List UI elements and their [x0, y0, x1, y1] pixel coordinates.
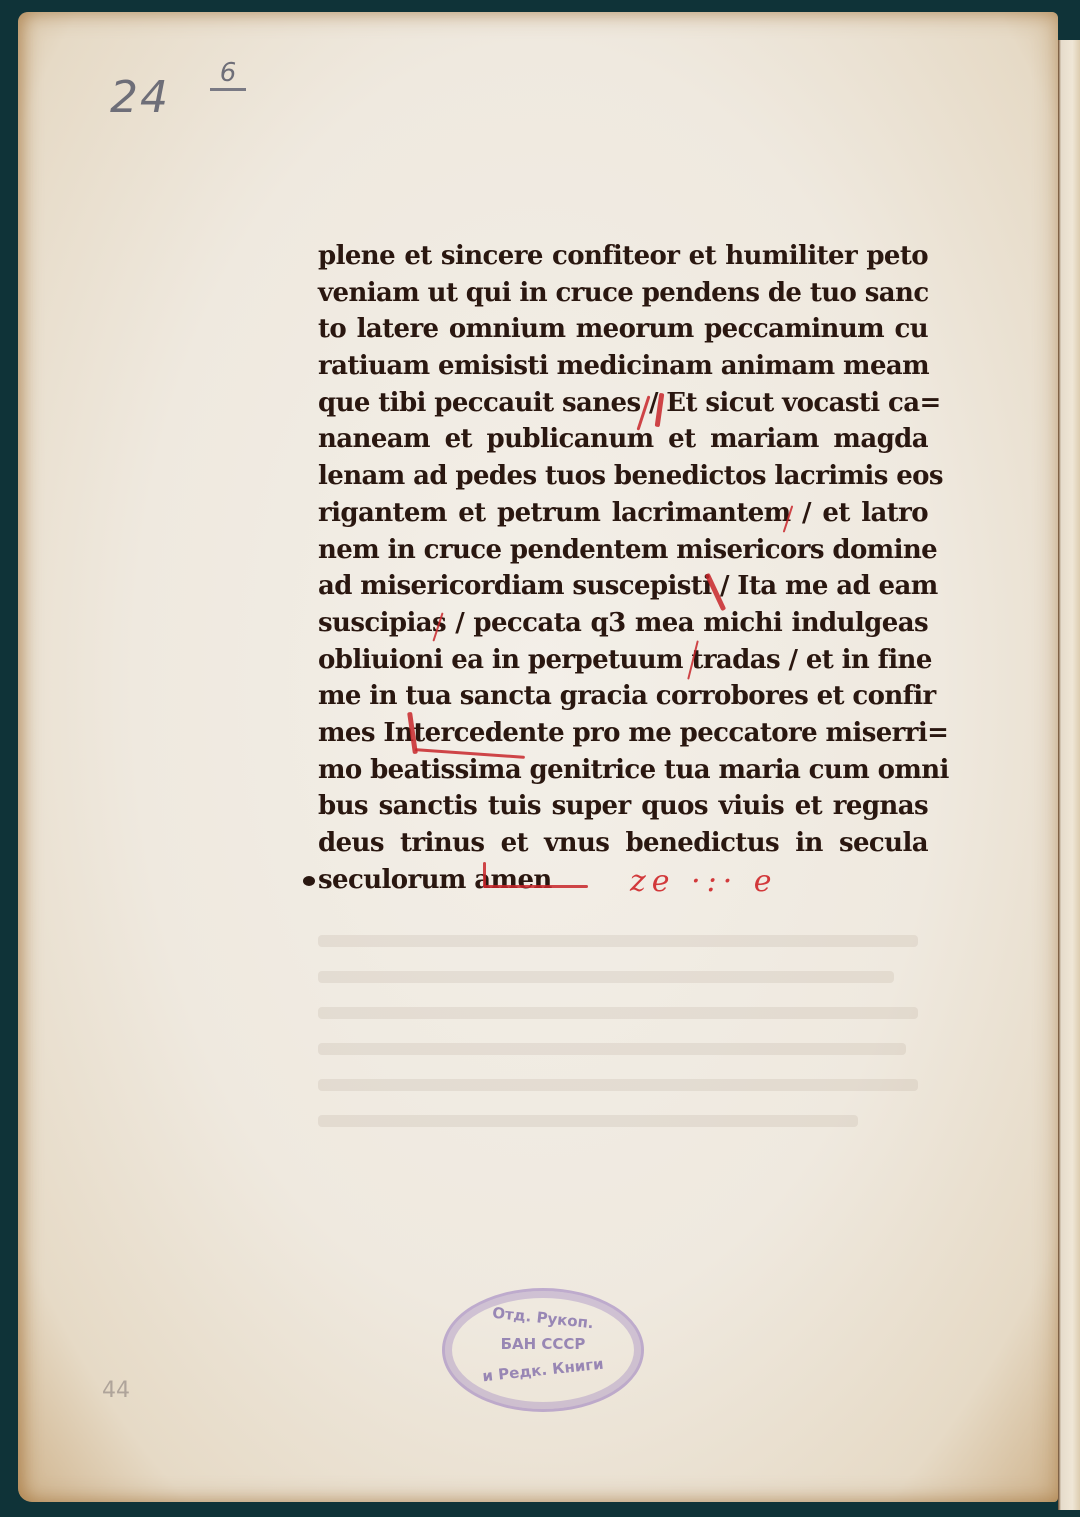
- text-line: ad misericordiam suscepisti / Ita me ad …: [318, 568, 928, 605]
- text-line: to latere omnium meorum peccaminum cu: [318, 311, 928, 348]
- text-line: seculorum amen: [318, 862, 928, 899]
- text-line: lenam ad pedes tuos benedictos lacrimis …: [318, 458, 928, 495]
- folio-suffix: 6: [210, 58, 246, 91]
- rubric-stroke-amen: [483, 862, 486, 888]
- text-line: suscipias / peccata q3 mea michi indulge…: [318, 605, 928, 642]
- text-line: deus trinus et vnus benedictus in secula: [318, 825, 928, 862]
- printed-text-block: plene et sincere confiteor et humiliter …: [318, 238, 928, 898]
- show-through-text: [318, 935, 918, 1151]
- rubric-underline-amen: [484, 885, 588, 888]
- text-line: que tibi peccauit sanes / Et sicut vocas…: [318, 385, 928, 422]
- text-line: me in tua sancta gracia corrobores et co…: [318, 678, 928, 715]
- text-line: plene et sincere confiteor et humiliter …: [318, 238, 928, 275]
- corner-pencil-mark: 44: [102, 1378, 130, 1403]
- text-line: obliuioni ea in perpetuum tradas / et in…: [318, 642, 928, 679]
- text-line: rigantem et petrum lacrimantem / et latr…: [318, 495, 928, 532]
- folio-number: 24: [110, 72, 170, 123]
- text-line: bus sanctis tuis super quos viuis et reg…: [318, 788, 928, 825]
- text-line: mo beatissima genitrice tua maria cum om…: [318, 752, 928, 789]
- facing-page-edge: [1058, 40, 1080, 1510]
- paragraph-bullet: [303, 876, 315, 886]
- red-colophon-flourish: ze ·:· e: [630, 864, 778, 899]
- text-line: nem in cruce pendentem misericors domine: [318, 532, 928, 569]
- text-line: naneam et publicanum et mariam magda: [318, 421, 928, 458]
- library-stamp: Отд. Рукоп. БАН СССР и Редк. Книги: [442, 1288, 644, 1412]
- text-line: veniam ut qui in cruce pendens de tuo sa…: [318, 275, 928, 312]
- text-line: ratiuam emisisti medicinam animam meam: [318, 348, 928, 385]
